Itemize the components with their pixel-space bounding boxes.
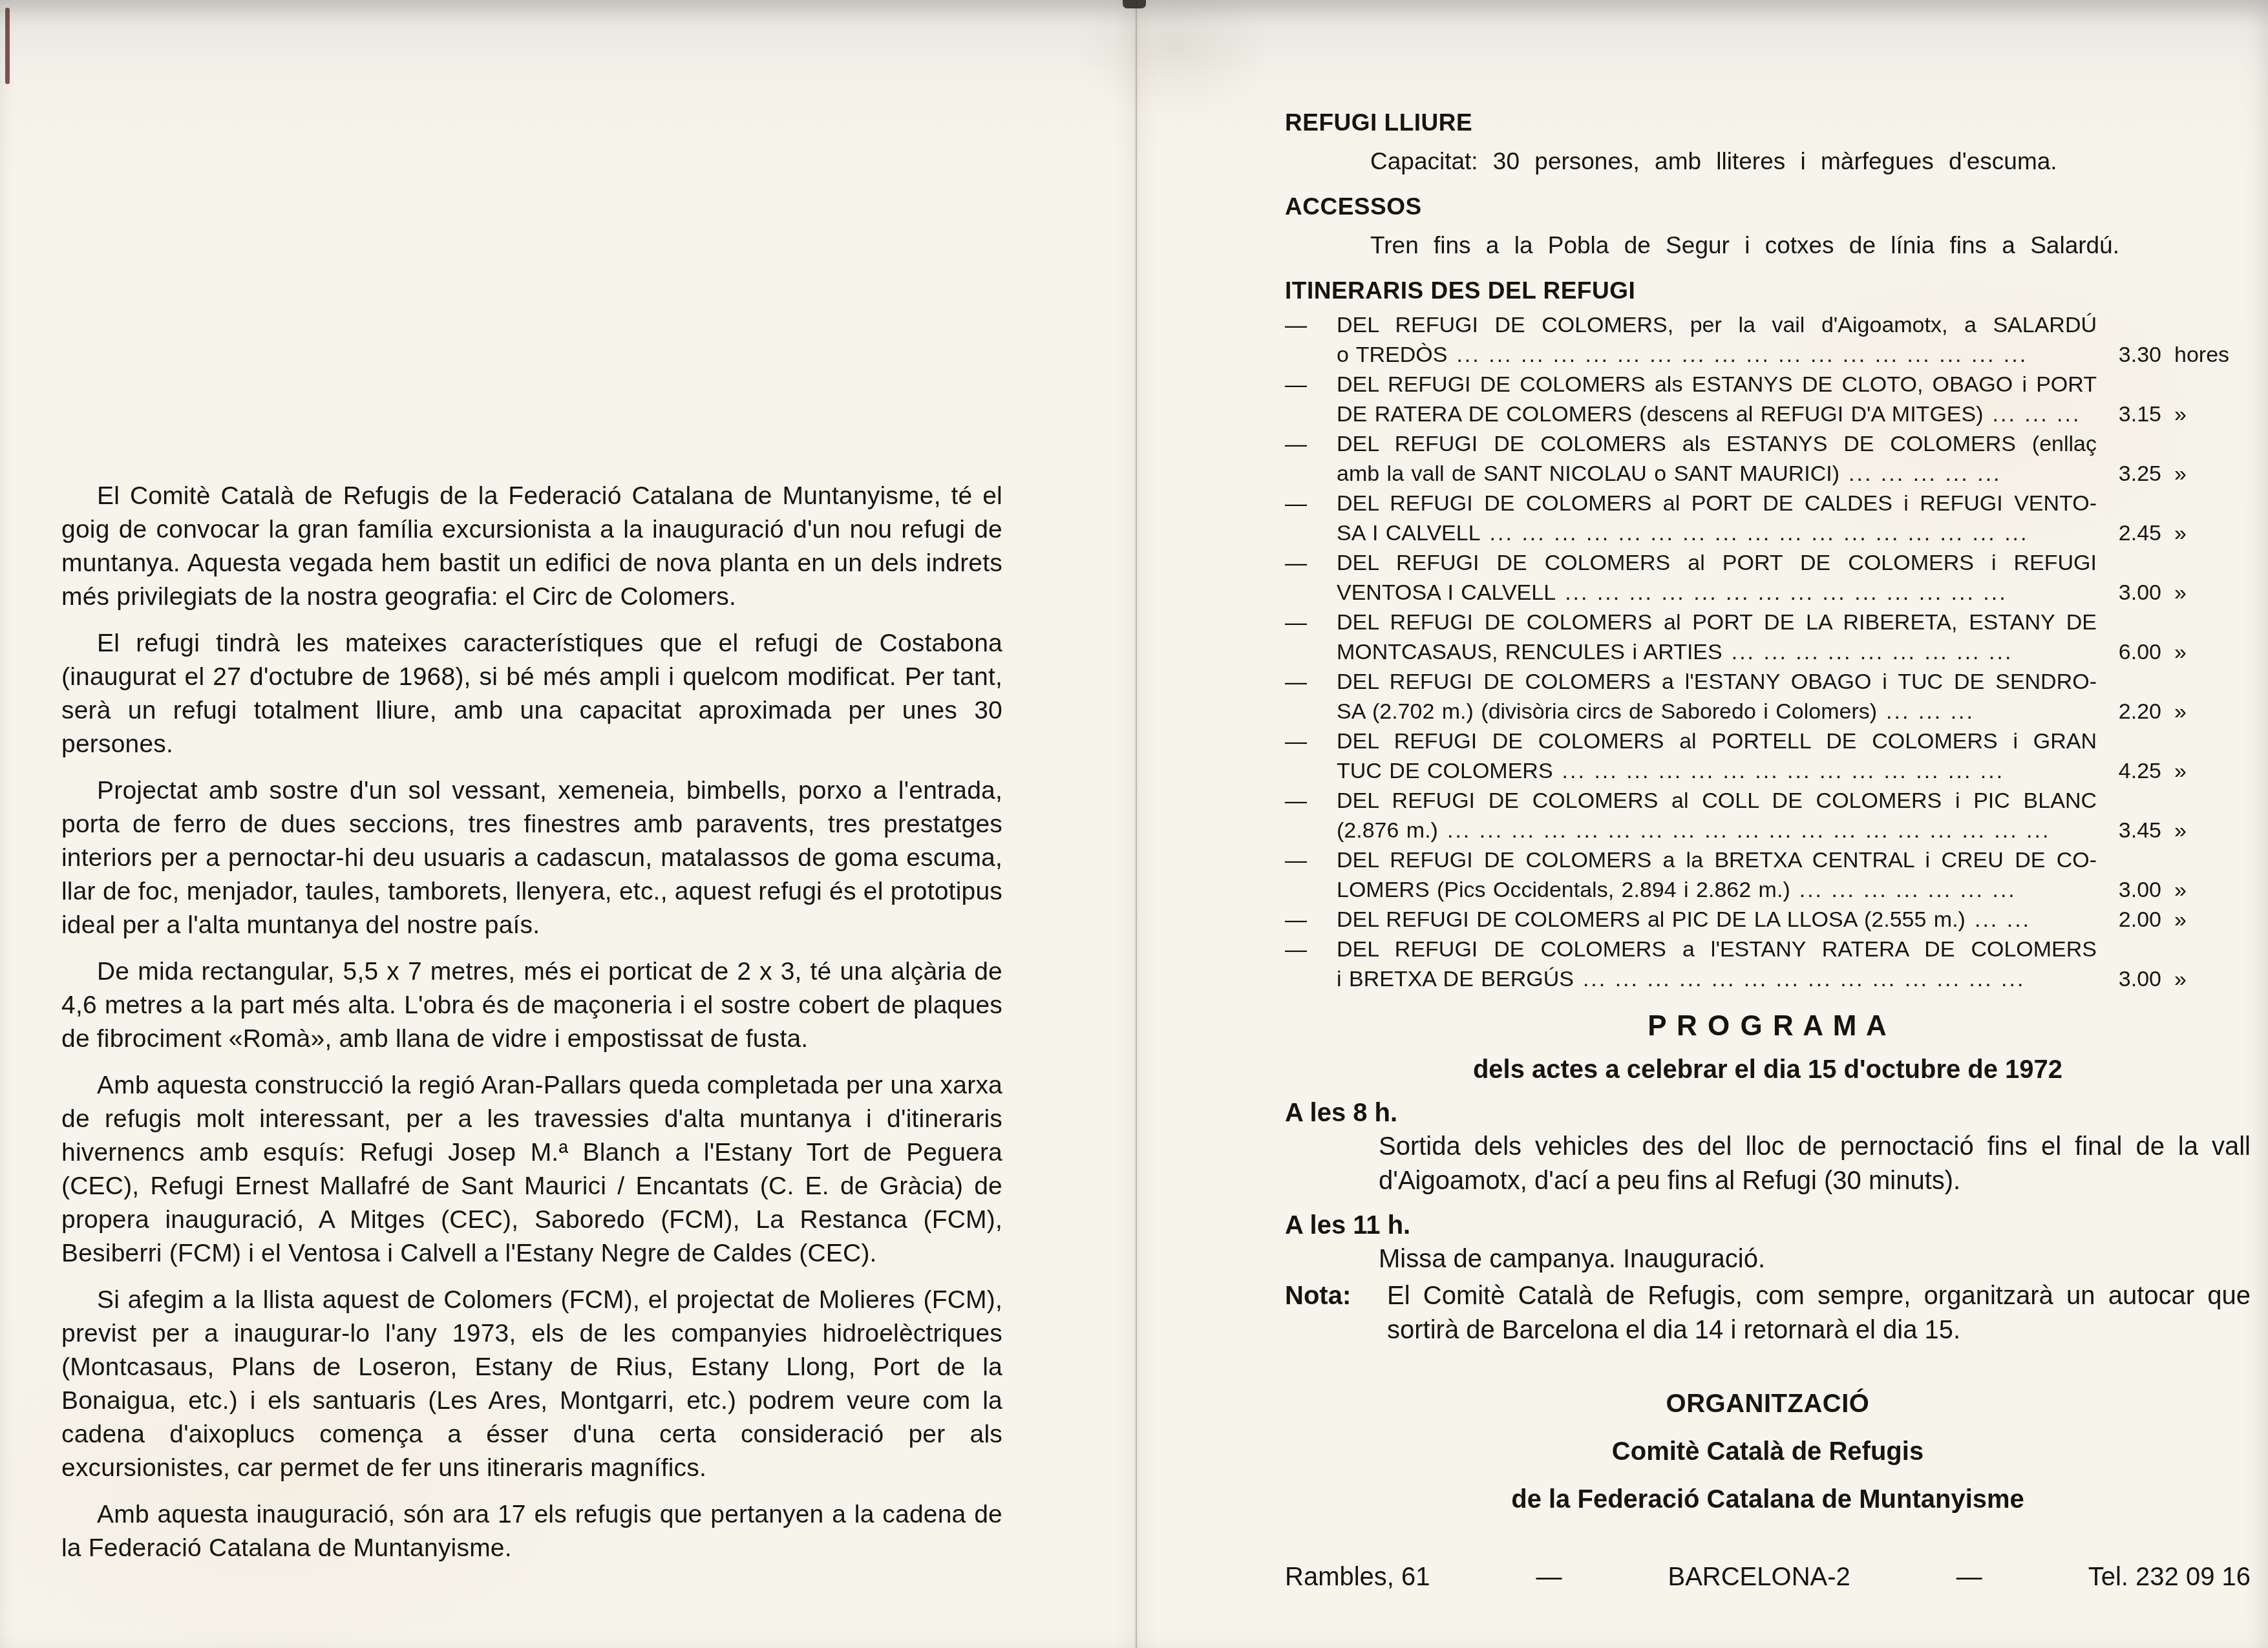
item-dash: —	[1285, 548, 1307, 578]
itinerary-item: —DEL REFUGI DE COLOMERS al PIC DE LA LLO…	[1285, 905, 2251, 935]
item-last-line: (2.876 m.)... ... ... ... ... ... ... ..…	[1337, 816, 2251, 845]
item-dash: —	[1285, 935, 1307, 964]
item-duration-unit: »	[2161, 399, 2251, 429]
item-text: MONTCASAUS, RENCULES i ARTIES	[1337, 637, 1722, 667]
item-text: DEL REFUGI DE COLOMERS al PORT DE LA RIB…	[1337, 607, 2097, 637]
item-duration: 4.25	[2084, 756, 2161, 786]
dot-leaders: ... ... ... ... ... ... ... ... ... ... …	[1447, 816, 2084, 845]
item-duration-unit: »	[2161, 875, 2251, 905]
item-duration: 3.30	[2084, 340, 2161, 370]
item-duration-unit: »	[2161, 459, 2251, 489]
dot-leaders: ... ...	[1975, 905, 2084, 935]
itinerary-item: —DEL REFUGI DE COLOMERS a la BRETXA CENT…	[1285, 845, 2251, 905]
itinerary-item: —DEL REFUGI DE COLOMERS al PORT DE LA RI…	[1285, 607, 2251, 667]
section-heading-accessos: ACCESSOS	[1285, 193, 2251, 221]
itinerary-item: —DEL REFUGI DE COLOMERS al PORT DE CALDE…	[1285, 489, 2251, 548]
item-dash: —	[1285, 667, 1307, 697]
item-dash: —	[1285, 429, 1307, 459]
organitzacio-heading: ORGANITZACIÓ	[1285, 1388, 2251, 1420]
item-text: DEL REFUGI DE COLOMERS, per la vail d'Ai…	[1337, 310, 2097, 340]
paragraph: El Comitè Català de Refugis de la Federa…	[61, 480, 1002, 614]
programa-entry-label: A les 11 h.	[1285, 1209, 2251, 1242]
itinerary-item: —DEL REFUGI DE COLOMERS a l'ESTANY OBAGO…	[1285, 667, 2251, 726]
item-last-line: DE RATERA DE COLOMERS (descens al REFUGI…	[1337, 399, 2251, 429]
item-text: DEL REFUGI DE COLOMERS a l'ESTANY OBAGO …	[1337, 667, 2097, 697]
section-heading-refugi-lliure: REFUGI LLIURE	[1285, 109, 2251, 137]
item-duration-unit: »	[2161, 697, 2251, 726]
scan-edge-mark	[5, 8, 10, 84]
programa-entry-body: Missa de campanya. Inauguració.	[1379, 1242, 2251, 1276]
item-last-line: SA I CALVELL... ... ... ... ... ... ... …	[1337, 518, 2251, 548]
dot-leaders: ... ... ... ... ... ... ... ... ... ... …	[1456, 340, 2084, 370]
item-text: SA (2.702 m.) (divisòria circs de Sabore…	[1337, 697, 1877, 726]
item-duration-unit: hores	[2161, 340, 2251, 370]
item-duration-unit: »	[2161, 816, 2251, 845]
fold-notch-mark	[1123, 0, 1146, 8]
item-text: DEL REFUGI DE COLOMERS al PORTELL DE COL…	[1337, 726, 2097, 756]
programa-entry-label: A les 8 h.	[1285, 1096, 2251, 1130]
section-heading-itineraris: ITINERARIS DES DEL REFUGI	[1285, 277, 2251, 305]
item-last-line: i BRETXA DE BERGÚS... ... ... ... ... ..…	[1337, 964, 2251, 994]
item-text: o TREDÒS	[1337, 340, 1447, 370]
item-text: DEL REFUGI DE COLOMERS als ESTANYS DE CO…	[1337, 429, 2097, 459]
itinerary-item: —DEL REFUGI DE COLOMERS als ESTANYS DE C…	[1285, 429, 2251, 489]
item-dash: —	[1285, 310, 1307, 340]
item-duration: 3.00	[2084, 578, 2161, 607]
dot-leaders: ... ... ... ... ... ... ... ... ... ... …	[1565, 578, 2084, 607]
programa-subtitle: dels actes a celebrar el dia 15 d'octubr…	[1285, 1053, 2251, 1086]
item-text: i BRETXA DE BERGÚS	[1337, 964, 1574, 994]
itinerary-item: —DEL REFUGI DE COLOMERS al COLL DE COLOM…	[1285, 786, 2251, 845]
item-last-line: o TREDÒS... ... ... ... ... ... ... ... …	[1337, 340, 2251, 370]
dot-leaders: ... ... ...	[1886, 697, 2084, 726]
item-text: DEL REFUGI DE COLOMERS als ESTANYS DE CL…	[1337, 370, 2097, 399]
dot-leaders: ... ... ... ... ... ... ... ... ... ... …	[1583, 964, 2084, 994]
item-duration-unit: »	[2161, 637, 2251, 667]
footer-dash: —	[1956, 1561, 1982, 1593]
itinerary-item: —DEL REFUGI DE COLOMERS al PORTELL DE CO…	[1285, 726, 2251, 786]
item-duration-unit: »	[2161, 964, 2251, 994]
item-duration: 3.15	[2084, 399, 2161, 429]
item-duration: 2.00	[2084, 905, 2161, 935]
paragraph: Si afegim a la llista aquest de Colomers…	[61, 1284, 1002, 1485]
item-duration: 6.00	[2084, 637, 2161, 667]
nota-body: El Comitè Català de Refugis, com sempre,…	[1387, 1282, 2251, 1344]
paragraph: El refugi tindrà les mateixes caracterís…	[61, 627, 1002, 761]
paragraph: Projectat amb sostre d'un sol vessant, x…	[61, 774, 1002, 942]
itinerary-item: —DEL REFUGI DE COLOMERS, per la vail d'A…	[1285, 310, 2251, 370]
paragraph: Amb aquesta inauguració, són ara 17 els …	[61, 1498, 1002, 1565]
item-dash: —	[1285, 726, 1307, 756]
itinerary-item: —DEL REFUGI DE COLOMERS a l'ESTANY RATER…	[1285, 935, 2251, 994]
dot-leaders: ... ... ... ... ...	[1849, 459, 2084, 489]
item-last-line: VENTOSA I CALVELL... ... ... ... ... ...…	[1337, 578, 2251, 607]
item-text: TUC DE COLOMERS	[1337, 756, 1553, 786]
dot-leaders: ... ... ... ... ... ... ... ... ... ... …	[1490, 518, 2084, 548]
item-duration-unit: »	[2161, 905, 2251, 935]
item-dash: —	[1285, 905, 1307, 935]
organitzacio-line: Comitè Català de Refugis	[1285, 1435, 2251, 1468]
item-text: DEL REFUGI DE COLOMERS al PORT DE CALDES…	[1337, 489, 2097, 518]
item-duration-unit: »	[2161, 578, 2251, 607]
item-text: DEL REFUGI DE COLOMERS al PIC DE LA LLOS…	[1337, 905, 1966, 935]
item-text: (2.876 m.)	[1337, 816, 1438, 845]
dot-leaders: ... ... ... ... ... ... ...	[1799, 875, 2084, 905]
itinerary-item: —DEL REFUGI DE COLOMERS al PORT DE COLOM…	[1285, 548, 2251, 607]
footer-address: Rambles, 61	[1285, 1561, 1430, 1593]
item-dash: —	[1285, 489, 1307, 518]
nota-label: Nota:	[1285, 1279, 1351, 1313]
footer: Rambles, 61 — BARCELONA-2 — Tel. 232 09 …	[1285, 1561, 2251, 1593]
item-duration: 3.45	[2084, 816, 2161, 845]
item-dash: —	[1285, 786, 1307, 816]
item-duration: 2.20	[2084, 697, 2161, 726]
item-text: DEL REFUGI DE COLOMERS al PORT DE COLOME…	[1337, 548, 2097, 578]
dot-leaders: ... ... ... ... ... ... ... ... ... ... …	[1562, 756, 2084, 786]
item-duration-unit: »	[2161, 756, 2251, 786]
item-text: DEL REFUGI DE COLOMERS a l'ESTANY RATERA…	[1337, 935, 2097, 964]
scanned-page: El Comitè Català de Refugis de la Federa…	[0, 0, 2268, 1648]
item-last-line: SA (2.702 m.) (divisòria circs de Sabore…	[1337, 697, 2251, 726]
organitzacio-line: de la Federació Catalana de Muntanyisme	[1285, 1483, 2251, 1516]
section-body-accessos: Tren fins a la Pobla de Segur i cotxes d…	[1370, 231, 2251, 260]
item-last-line: amb la vall de SANT NICOLAU o SANT MAURI…	[1337, 459, 2251, 489]
item-last-line: MONTCASAUS, RENCULES i ARTIES... ... ...…	[1337, 637, 2251, 667]
item-dash: —	[1285, 370, 1307, 399]
item-duration: 3.00	[2084, 875, 2161, 905]
item-duration-unit: »	[2161, 518, 2251, 548]
item-dash: —	[1285, 845, 1307, 875]
footer-dash: —	[1536, 1561, 1562, 1593]
item-text: VENTOSA I CALVELL	[1337, 578, 1556, 607]
item-duration: 3.25	[2084, 459, 2161, 489]
item-dash: —	[1285, 607, 1307, 637]
programa-entry-body: Sortida dels vehicles des del lloc de pe…	[1379, 1130, 2251, 1198]
section-body-refugi-lliure: Capacitat: 30 persones, amb lliteres i m…	[1370, 147, 2251, 176]
item-text: DEL REFUGI DE COLOMERS al COLL DE COLOME…	[1337, 786, 2097, 816]
item-last-line: DEL REFUGI DE COLOMERS al PIC DE LA LLOS…	[1337, 905, 2251, 935]
dot-leaders: ... ... ...	[1993, 399, 2084, 429]
paragraph: De mida rectangular, 5,5 x 7 metres, més…	[61, 955, 1002, 1056]
item-text: amb la vall de SANT NICOLAU o SANT MAURI…	[1337, 459, 1839, 489]
item-text: LOMERS (Pics Occidentals, 2.894 i 2.862 …	[1337, 875, 1790, 905]
item-text: DEL REFUGI DE COLOMERS a la BRETXA CENTR…	[1337, 845, 2097, 875]
footer-city: BARCELONA-2	[1668, 1561, 1850, 1593]
item-duration: 3.00	[2084, 964, 2161, 994]
center-fold-crease	[1136, 0, 1137, 1648]
dot-leaders: ... ... ... ... ... ... ... ... ...	[1732, 637, 2084, 667]
programa-nota: Nota:El Comitè Català de Refugis, com se…	[1285, 1279, 2251, 1347]
item-text: DE RATERA DE COLOMERS (descens al REFUGI…	[1337, 399, 1984, 429]
item-last-line: LOMERS (Pics Occidentals, 2.894 i 2.862 …	[1337, 875, 2251, 905]
itinerary-item: —DEL REFUGI DE COLOMERS als ESTANYS DE C…	[1285, 370, 2251, 429]
item-last-line: TUC DE COLOMERS... ... ... ... ... ... .…	[1337, 756, 2251, 786]
paragraph: Amb aquesta construcció la regió Aran-Pa…	[61, 1069, 1002, 1271]
itinerary-list: —DEL REFUGI DE COLOMERS, per la vail d'A…	[1285, 310, 2251, 994]
item-duration: 2.45	[2084, 518, 2161, 548]
left-page: El Comitè Català de Refugis de la Federa…	[61, 480, 1002, 1578]
programa-title: P R O G R A M A	[1285, 1009, 2251, 1043]
right-page: REFUGI LLIURE Capacitat: 30 persones, am…	[1285, 109, 2251, 1593]
footer-phone: Tel. 232 09 16	[2088, 1561, 2251, 1593]
item-text: SA I CALVELL	[1337, 518, 1481, 548]
